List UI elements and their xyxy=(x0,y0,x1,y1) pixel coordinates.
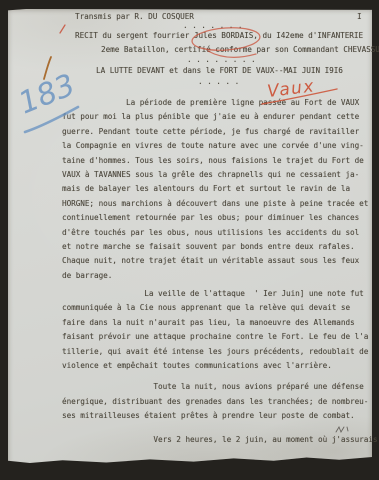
text-line: violence et empêchait toutes communicati… xyxy=(62,359,376,373)
text-line: VAUX à TAVANNES sous la grêle des chrapn… xyxy=(62,168,376,182)
text-line: faire dans la nuit n'aurait pas lieu, la… xyxy=(62,316,376,330)
text-line: tillerie, qui avait été intense les jour… xyxy=(62,345,376,359)
text-line: guerre. Pendant toute cette période, je … xyxy=(62,125,376,139)
recit-heading-line: RECIT du sergent fourrier Jules BORDAIS,… xyxy=(75,31,363,41)
text-line: Chaque nuit, notre trajet était un vérit… xyxy=(62,254,376,268)
page-number: I xyxy=(357,12,362,22)
title-separator-dots: . . . . . xyxy=(198,77,239,87)
text-line: ses mitrailleuses étaient prêtes à prend… xyxy=(62,409,376,423)
text-line: Vers 2 heures, le 2 juin, au moment où j… xyxy=(62,433,376,447)
text-line: et notre marche se faisait souvent par b… xyxy=(62,240,376,254)
text-line: taine d'hommes. Tous les soirs, nous fai… xyxy=(62,154,376,168)
text-line: la Compagnie en vivres de toute nature a… xyxy=(62,139,376,153)
document-title: LA LUTTE DEVANT et dans le FORT DE VAUX-… xyxy=(96,66,343,76)
text-line: La période de première ligne passée au F… xyxy=(62,96,376,110)
body-text: La période de première ligne passée au F… xyxy=(62,96,376,447)
separator-dots: . . . . . . . . xyxy=(187,55,256,65)
text-line: La veille de l'attaque ' Ier Juin] une n… xyxy=(62,287,376,301)
text-line: communiquée à la Cie nous apprenant que … xyxy=(62,301,376,315)
text-line: HORGNE; nous marchions à découvert dans … xyxy=(62,197,376,211)
text-line: fut pour moi la plus pénible que j'aie e… xyxy=(62,110,376,124)
text-line: mais de balayer les alentours du Fort et… xyxy=(62,182,376,196)
transmitted-by-line: Transmis par R. DU COSQUER xyxy=(75,12,194,22)
text-line: d'être touchés par les obus, nous utilis… xyxy=(62,226,376,240)
separator-dots: . . . . . . . xyxy=(183,21,242,31)
certification-line: 2eme Bataillon, certifié conforme par so… xyxy=(101,45,379,55)
paragraph: La veille de l'attaque ' Ier Juin] une n… xyxy=(62,287,376,373)
paragraph: La période de première ligne passée au F… xyxy=(62,96,376,283)
paragraph: Vers 2 heures, le 2 juin, au moment où j… xyxy=(62,433,376,447)
text-line: Toute la nuit, nous avions préparé une d… xyxy=(62,380,376,394)
text-line: continuellement retournée par les obus; … xyxy=(62,211,376,225)
text-line: énergique, distribuant des grenades dans… xyxy=(62,395,376,409)
scanned-document-page: Transmis par R. DU COSQUER I . . . . . .… xyxy=(0,0,379,480)
text-line: de barrage. xyxy=(62,269,376,283)
text-line: faisant prévoir une attaque prochaine co… xyxy=(62,330,376,344)
paragraph: Toute la nuit, nous avions préparé une d… xyxy=(62,380,376,423)
